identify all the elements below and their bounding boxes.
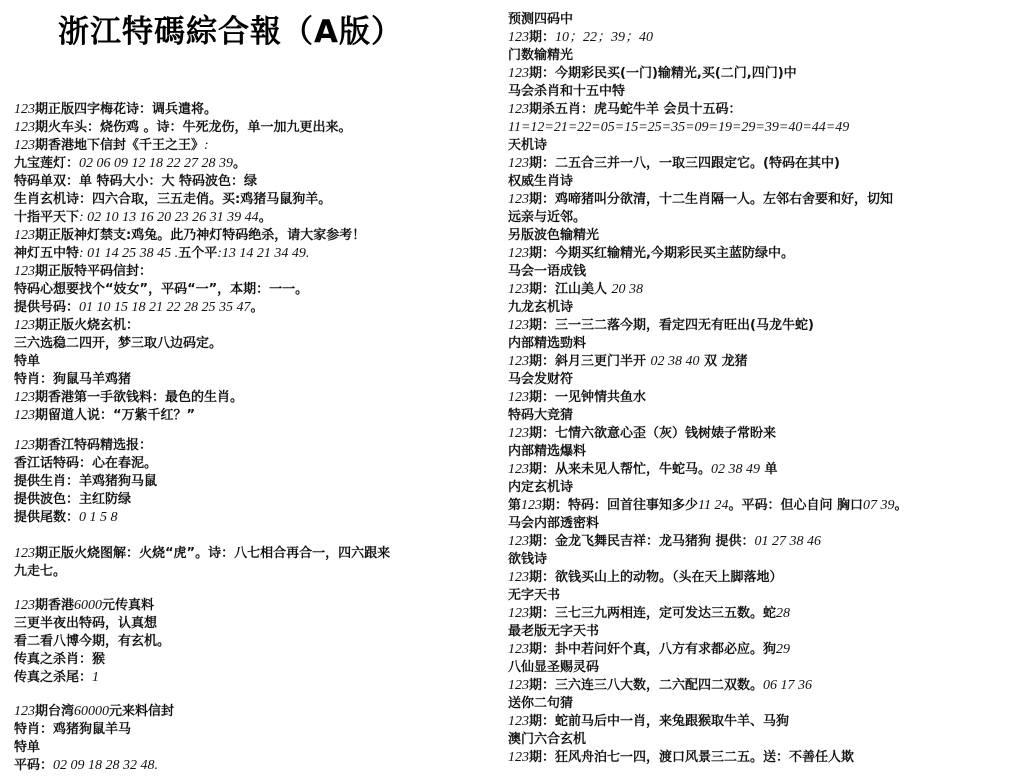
text-segment: 期：二五合三并一八，一取三四跟定它。(特码在其中): [529, 156, 840, 171]
text-segment: 期：狂风舟泊七一四，渡口风景三二五。送：不善任人欺: [529, 750, 854, 765]
number-text: 10；22；39；40: [555, 30, 653, 45]
text-segment: 特单: [14, 354, 40, 369]
text-segment: 看二看八博今期，有玄机。: [14, 634, 170, 649]
left-line: 123期台湾60000元来料信封: [14, 703, 174, 721]
number-text: 123: [508, 354, 529, 369]
number-text: 123: [508, 192, 529, 207]
text-segment: 期：今期彩民买(一门)输精光,买(二门,四门)中: [529, 66, 797, 81]
text-segment: 内部精选爆料: [508, 444, 586, 459]
right-line: 123期：鸡啼猪叫分欲清，十二生肖隔一人。左邻右舍要和好，切知: [508, 191, 893, 209]
right-line: 欲钱诗: [508, 551, 547, 569]
text-segment: 期正版火烧玄机：: [35, 318, 139, 333]
number-text: 06 17 36: [763, 678, 812, 693]
text-segment: 欲钱诗: [508, 552, 547, 567]
right-line: 马会杀肖和十五中特: [508, 83, 625, 101]
number-text: 02 09 18 28 32 48.: [53, 758, 158, 773]
left-line: 123期香江特码精选报：: [14, 437, 152, 455]
text-segment: 马会杀肖和十五中特: [508, 84, 625, 99]
number-text: 123: [508, 534, 529, 549]
number-text: 123: [14, 228, 35, 243]
number-text: 29: [776, 642, 790, 657]
number-text: 11 24: [698, 498, 728, 513]
number-text: 0 1 5 8: [79, 510, 118, 525]
text-segment: 无字天书: [508, 588, 560, 603]
text-segment: 另版波色输精光: [508, 228, 599, 243]
number-text: 123: [508, 570, 529, 585]
number-text: 123: [508, 30, 529, 45]
left-line: 三更半夜出特码，认真想: [14, 615, 157, 633]
number-text: 123: [508, 714, 529, 729]
right-line: 第123期：特码：回首往事知多少11 24。平码：但心自问 胸口07 39。: [508, 497, 908, 515]
text-segment: 。: [895, 498, 908, 513]
text-segment: 最老版无字天书: [508, 624, 599, 639]
left-line: 特码单双：单 特码大小：大 特码波色：绿: [14, 173, 257, 191]
text-segment: 送你二句猜: [508, 696, 573, 711]
right-line: 123期：今期彩民买(一门)输精光,买(二门,四门)中: [508, 65, 797, 83]
text-segment: 期正版四字梅花诗：调兵遣将。: [35, 102, 217, 117]
number-text: 123: [508, 426, 529, 441]
text-segment: 远亲与近邻。: [508, 210, 586, 225]
number-text: 123: [14, 138, 35, 153]
left-line: 九宝莲灯：02 06 09 12 18 22 27 28 39。: [14, 155, 246, 173]
left-line: 123期香港地下信封《千王之王》:: [14, 137, 209, 155]
text-segment: 特码单双：单 特码大小：大 特码波色：绿: [14, 174, 257, 189]
text-segment: 三六选稳二四开，梦三取八边码定。: [14, 336, 222, 351]
text-segment: 澳门六合玄机: [508, 732, 586, 747]
number-text: 123: [14, 264, 35, 279]
number-text: 20 38: [612, 282, 644, 297]
number-text: 123: [508, 390, 529, 405]
number-text: 123: [14, 598, 35, 613]
right-line: 预测四码中: [508, 11, 573, 29]
left-line: 特码心想要找个“妓女”，平码“一”，本期：一一。: [14, 281, 308, 299]
text-segment: 预测四码中: [508, 12, 573, 27]
right-line: 123期：10；22；39；40: [508, 29, 653, 47]
text-segment: 特码大竞猜: [508, 408, 573, 423]
number-text: 123: [14, 408, 35, 423]
number-text: 123: [14, 102, 35, 117]
text-segment: 期：一见钟情共鱼水: [529, 390, 646, 405]
number-text: 123: [508, 462, 529, 477]
right-line: 123期：七情六欲意心歪（灰）钱树婊子常盼来: [508, 425, 776, 443]
text-segment: 特肖：狗鼠马羊鸡猪: [14, 372, 131, 387]
number-text: 123: [508, 156, 529, 171]
text-segment: 。: [251, 300, 264, 315]
right-line: 远亲与近邻。: [508, 209, 586, 227]
text-segment: 第: [508, 498, 521, 513]
text-segment: 。: [233, 156, 246, 171]
text-segment: 九宝莲灯：: [14, 156, 79, 171]
text-segment: 。: [259, 210, 272, 225]
text-segment: 期：鸡啼猪叫分欲清，十二生肖隔一人。左邻右舍要和好，切知: [529, 192, 893, 207]
left-line: 123期香港6000元传真料: [14, 597, 154, 615]
text-segment: 九龙玄机诗: [508, 300, 573, 315]
left-line: 特单: [14, 353, 40, 371]
number-text: 123: [14, 546, 35, 561]
text-segment: 提供生肖：羊鸡猪狗马鼠: [14, 474, 157, 489]
right-line: 123期：三七三九两相连，定可发达三五数。蛇28: [508, 605, 790, 623]
right-line: 123期：欲钱买山上的动物。（头在天上脚落地）: [508, 569, 783, 587]
number-text: 02 38 49: [711, 462, 760, 477]
right-line: 内定玄机诗: [508, 479, 573, 497]
number-text: 123: [508, 606, 529, 621]
right-line: 澳门六合玄机: [508, 731, 586, 749]
text-segment: 提供尾数：: [14, 510, 79, 525]
number-text: 123: [508, 246, 529, 261]
number-text: 123: [521, 498, 542, 513]
text-segment: 期：蛇前马后中一肖，来兔跟猴取牛羊、马狗: [529, 714, 789, 729]
right-line: 无字天书: [508, 587, 560, 605]
text-segment: 五个平: [178, 246, 217, 261]
number-text: 123: [508, 750, 529, 765]
text-segment: 期留道人说：“万紫千红？”: [35, 408, 195, 423]
text-segment: 马会发财符: [508, 372, 573, 387]
left-line: 神灯五中特: 01 14 25 38 45 .五个平:13 14 21 34 4…: [14, 245, 309, 263]
right-line: 123期：三六连三八大数，二六配四二双数。06 17 36: [508, 677, 812, 695]
text-segment: 权威生肖诗: [508, 174, 573, 189]
right-line: 11=12=21=22=05=15=25=35=09=19=29=39=40=4…: [508, 119, 849, 137]
number-text: 6000: [74, 598, 102, 613]
number-text: 123: [14, 704, 35, 719]
right-line: 123期：斜月三更门半开 02 38 40 双 龙猪: [508, 353, 748, 371]
text-segment: 门数输精光: [508, 48, 573, 63]
text-segment: 内部精选勁料: [508, 336, 586, 351]
left-line: 123期香港第一手欲钱料：最色的生肖。: [14, 389, 243, 407]
right-line: 123期杀五肖：虎马蛇牛羊 会员十五码：: [508, 101, 742, 119]
left-line: 生肖玄机诗：四六合取，三五走俏。买:鸡猪马鼠狗羊。: [14, 191, 331, 209]
page-title: 浙江特碼綜合報（A版）: [58, 6, 403, 51]
text-segment: 八仙显圣赐灵码: [508, 660, 599, 675]
number-text: 01 27 38 46: [755, 534, 822, 549]
number-text: 11=12=21=22=05=15=25=35=09=19=29=39=40=4…: [508, 120, 849, 135]
text-segment: 期火车头：烧伤鸡 。诗：牛死龙伤，单一加九更出来。: [35, 120, 352, 135]
right-line: 马会发财符: [508, 371, 573, 389]
right-line: 123期：江山美人 20 38: [508, 281, 643, 299]
number-text: 60000: [74, 704, 109, 719]
text-segment: 期香港第一手欲钱料：最色的生肖。: [35, 390, 243, 405]
number-text: 28: [776, 606, 790, 621]
text-segment: 期正版特平码信封：: [35, 264, 152, 279]
text-segment: 期：金龙飞舞民吉祥：龙马猪狗 提供：: [529, 534, 755, 549]
number-text: : 02 10 13 16 20 23 26 31 39 44: [79, 210, 259, 225]
number-text: 02 06 09 12 18 22 27 28 39: [79, 156, 233, 171]
left-line: 123期留道人说：“万紫千红？”: [14, 407, 195, 425]
right-line: 123期：卦中若问奸个真，八方有求都必应。狗29: [508, 641, 790, 659]
text-segment: 元来料信封: [109, 704, 174, 719]
text-segment: 期：特码：回首往事知多少: [542, 498, 698, 513]
text-segment: 期：三六连三八大数，二六配四二双数。: [529, 678, 763, 693]
number-text: 123: [508, 282, 529, 297]
left-line: 123期正版四字梅花诗：调兵遣将。: [14, 101, 217, 119]
left-line: 123期正版火烧图解：火烧“虎”。诗：八七相合再合一，四六跟来: [14, 545, 390, 563]
text-segment: 元传真料: [102, 598, 154, 613]
text-segment: 特肖：鸡猪狗鼠羊马: [14, 722, 131, 737]
left-line: 提供号码：01 10 15 18 21 22 28 25 35 47。: [14, 299, 264, 317]
text-segment: 传真之杀肖：猴: [14, 652, 105, 667]
right-line: 另版波色输精光: [508, 227, 599, 245]
text-segment: 提供号码：: [14, 300, 79, 315]
text-segment: 传真之杀尾：: [14, 670, 92, 685]
text-segment: 香江话特码：心在春泥。: [14, 456, 157, 471]
left-line: 提供生肖：羊鸡猪狗马鼠: [14, 473, 157, 491]
text-segment: 内定玄机诗: [508, 480, 573, 495]
left-line: 123期火车头：烧伤鸡 。诗：牛死龙伤，单一加九更出来。: [14, 119, 352, 137]
number-text: 123: [508, 678, 529, 693]
left-line: 123期正版神灯禁支:鸡兔。此乃神灯特码绝杀，请大家参考！: [14, 227, 365, 245]
text-segment: 期台湾: [35, 704, 74, 719]
right-line: 马会内部透密料: [508, 515, 599, 533]
number-text: :: [204, 138, 209, 153]
text-segment: 神灯五中特: [14, 246, 79, 261]
left-line: 十指平天下: 02 10 13 16 20 23 26 31 39 44。: [14, 209, 272, 227]
text-segment: 期香江特码精选报：: [35, 438, 152, 453]
right-line: 送你二句猜: [508, 695, 573, 713]
text-segment: 特单: [14, 740, 40, 755]
right-line: 123期：今期买红输精光,今期彩民买主蓝防绿中。: [508, 245, 794, 263]
text-segment: 期：: [529, 30, 555, 45]
left-line: 传真之杀肖：猴: [14, 651, 105, 669]
text-segment: 期：从来未见人帮忙，牛蛇马。: [529, 462, 711, 477]
right-line: 123期：二五合三并一八，一取三四跟定它。(特码在其中): [508, 155, 840, 173]
text-segment: 九走七。: [14, 564, 66, 579]
right-line: 123期：蛇前马后中一肖，来兔跟猴取牛羊、马狗: [508, 713, 789, 731]
text-segment: 期：三七三九两相连，定可发达三五数。蛇: [529, 606, 776, 621]
number-text: : 01 14 25 38 45 .: [79, 246, 178, 261]
left-line: 香江话特码：心在春泥。: [14, 455, 157, 473]
right-line: 马会一语成钱: [508, 263, 586, 281]
right-line: 123期：一见钟情共鱼水: [508, 389, 646, 407]
right-line: 九龙玄机诗: [508, 299, 573, 317]
text-segment: 期：今期买红输精光,今期彩民买主蓝防绿中。: [529, 246, 794, 261]
right-line: 最老版无字天书: [508, 623, 599, 641]
text-segment: 单: [760, 462, 778, 477]
text-segment: 期：三一三二落今期，看定四无有旺出(马龙牛蛇): [529, 318, 814, 333]
right-line: 天机诗: [508, 137, 547, 155]
text-segment: 期：江山美人: [529, 282, 612, 297]
left-line: 九走七。: [14, 563, 66, 581]
text-segment: 期正版火烧图解：火烧“虎”。诗：八七相合再合一，四六跟来: [35, 546, 390, 561]
left-line: 传真之杀尾：1: [14, 669, 99, 687]
number-text: 123: [508, 102, 529, 117]
number-text: 1: [92, 670, 99, 685]
left-line: 特单: [14, 739, 40, 757]
right-line: 123期：金龙飞舞民吉祥：龙马猪狗 提供：01 27 38 46: [508, 533, 821, 551]
text-segment: 期香港: [35, 598, 74, 613]
number-text: 123: [508, 318, 529, 333]
text-segment: 期正版神灯禁支:鸡兔。此乃神灯特码绝杀，请大家参考！: [35, 228, 365, 243]
left-line: 123期正版火烧玄机：: [14, 317, 139, 335]
text-segment: 三更半夜出特码，认真想: [14, 616, 157, 631]
right-line: 特码大竞猜: [508, 407, 573, 425]
text-segment: 生肖玄机诗：四六合取，三五走俏。买:鸡猪马鼠狗羊。: [14, 192, 331, 207]
left-line: 提供尾数：0 1 5 8: [14, 509, 118, 527]
right-line: 内部精选勁料: [508, 335, 586, 353]
left-line: 123期正版特平码信封：: [14, 263, 152, 281]
right-line: 123期：狂风舟泊七一四，渡口风景三二五。送：不善任人欺: [508, 749, 854, 767]
left-line: 特肖：鸡猪狗鼠羊马: [14, 721, 131, 739]
text-segment: 马会一语成钱: [508, 264, 586, 279]
right-line: 八仙显圣赐灵码: [508, 659, 599, 677]
left-line: 平码：02 09 18 28 32 48.: [14, 757, 158, 775]
text-segment: 平码：: [14, 758, 53, 773]
text-segment: 期：欲钱买山上的动物。（头在天上脚落地）: [529, 570, 783, 585]
text-segment: 天机诗: [508, 138, 547, 153]
text-segment: 期：卦中若问奸个真，八方有求都必应。狗: [529, 642, 776, 657]
text-segment: 特码心想要找个“妓女”，平码“一”，本期：一一。: [14, 282, 308, 297]
number-text: 123: [508, 642, 529, 657]
right-line: 123期：从来未见人帮忙，牛蛇马。02 38 49 单: [508, 461, 778, 479]
number-text: 123: [14, 390, 35, 405]
left-line: 提供波色：主红防绿: [14, 491, 131, 509]
number-text: 07 39: [863, 498, 895, 513]
text-segment: 十指平天下: [14, 210, 79, 225]
number-text: 01 10 15 18 21 22 28 25 35 47: [79, 300, 251, 315]
text-segment: 双 龙猪: [700, 354, 748, 369]
text-segment: 。平码：但心自问 胸口: [729, 498, 864, 513]
right-line: 内部精选爆料: [508, 443, 586, 461]
text-segment: 期：斜月三更门半开: [529, 354, 651, 369]
left-line: 三六选稳二四开，梦三取八边码定。: [14, 335, 222, 353]
right-line: 权威生肖诗: [508, 173, 573, 191]
number-text: 123: [14, 438, 35, 453]
number-text: 123: [14, 318, 35, 333]
right-line: 123期：三一三二落今期，看定四无有旺出(马龙牛蛇): [508, 317, 814, 335]
text-segment: 期：七情六欲意心歪（灰）钱树婊子常盼来: [529, 426, 776, 441]
number-text: :13 14 21 34 49.: [217, 246, 309, 261]
number-text: 123: [508, 66, 529, 81]
number-text: 123: [14, 120, 35, 135]
text-segment: 期香港地下信封《千王之王》: [35, 138, 204, 153]
number-text: 02 38 40: [651, 354, 700, 369]
right-line: 门数输精光: [508, 47, 573, 65]
text-segment: 提供波色：主红防绿: [14, 492, 131, 507]
left-line: 看二看八博今期，有玄机。: [14, 633, 170, 651]
text-segment: 期杀五肖：虎马蛇牛羊 会员十五码：: [529, 102, 742, 117]
left-line: 特肖：狗鼠马羊鸡猪: [14, 371, 131, 389]
text-segment: 马会内部透密料: [508, 516, 599, 531]
